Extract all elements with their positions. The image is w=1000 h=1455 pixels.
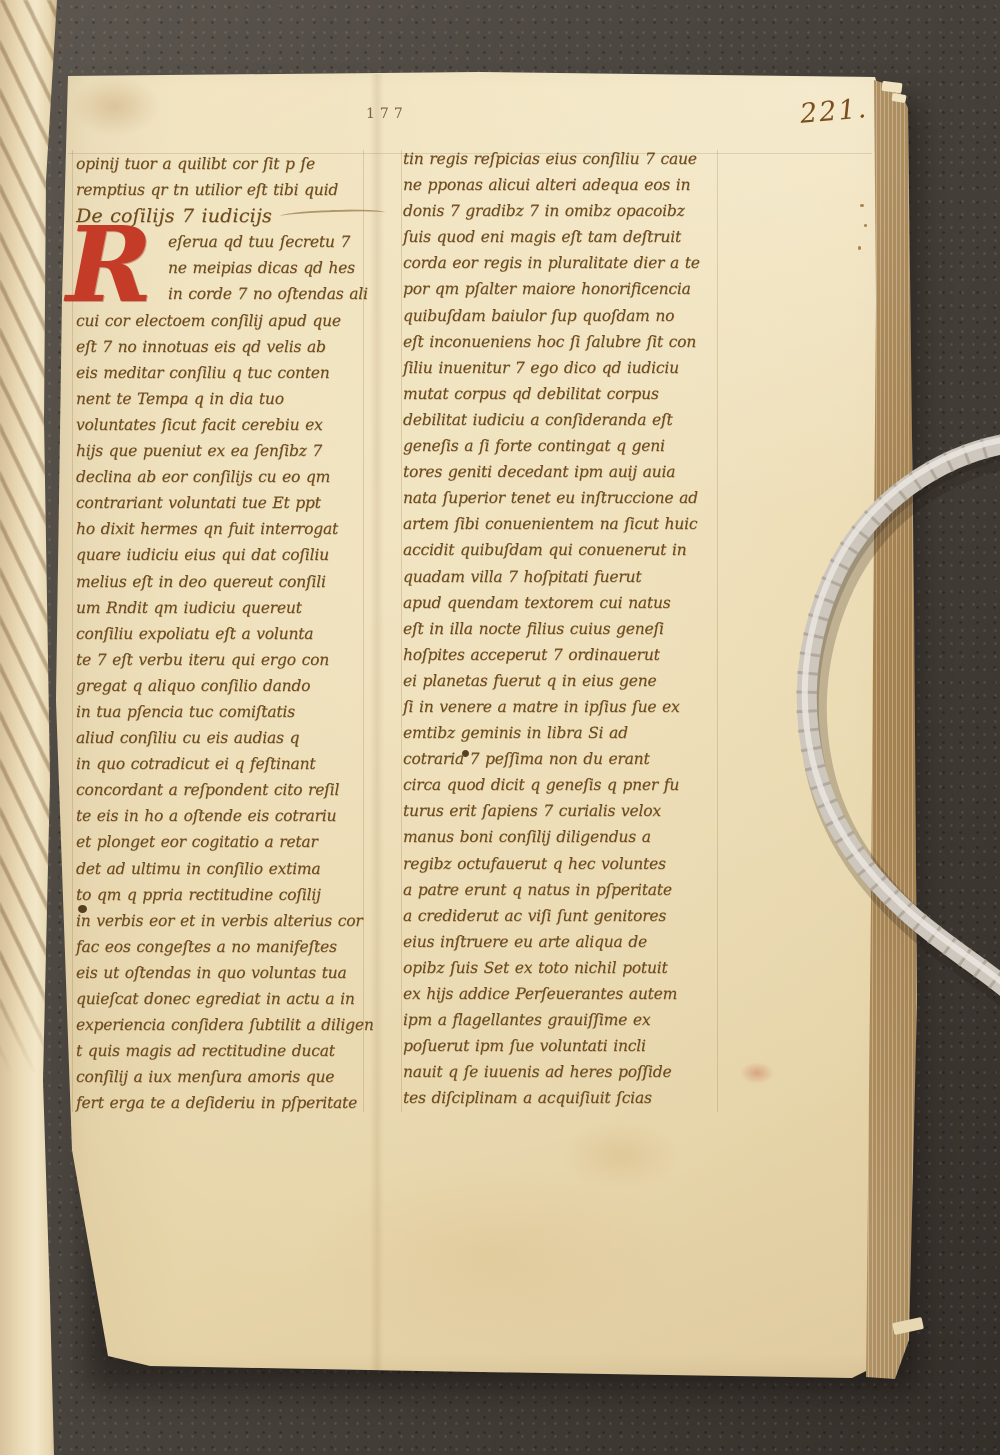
- manuscript-text-line: fert erga te a deſideriu in pſperitate: [76, 1090, 370, 1116]
- manuscript-text-line: in verbis eor et in verbis alterius cor: [76, 908, 370, 934]
- manuscript-text-line: te eis in ho a oſtende eis cotrariu: [76, 803, 370, 829]
- manuscript-text-line: nent te Tempa q in dia tuo: [76, 386, 370, 412]
- manuscript-text-line: turus erit ſapiens 7 curialis velox: [403, 798, 719, 824]
- manuscript-text-line: opinij tuor a quilibt cor ſit p ſe: [76, 151, 370, 177]
- stain: [560, 1120, 680, 1190]
- manuscript-text-line: conſilij a iux menſura amoris que: [76, 1064, 370, 1090]
- stain: [740, 1062, 774, 1084]
- manuscript-text-line: cotraria 7 peſſima non du erant: [403, 746, 719, 772]
- rubricated-initial: R: [66, 213, 152, 317]
- manuscript-text-line: regibz octufauerut q hec voluntes: [403, 851, 719, 877]
- manuscript-text-line: quieſcat donec egrediat in actu a in: [76, 986, 370, 1012]
- manuscript-text-line: artem ſibi conuenientem na ſicut huic: [403, 511, 719, 537]
- manuscript-text-line: quadam villa 7 hoſpitati fuerut: [403, 564, 719, 590]
- manuscript-text-line: por qm pſalter maiore honorificencia: [403, 276, 719, 302]
- manuscript-text-line: fac eos congeſtes a no manifeſtes: [76, 934, 370, 960]
- manuscript-text-line: melius eſt in deo quereut conſili: [76, 569, 370, 595]
- manuscript-text-line: te 7 eſt verbu iteru qui ergo con: [76, 647, 370, 673]
- manuscript-text-line: manus boni conſilij diligendus a: [403, 824, 719, 850]
- manuscript-text-line: ſuis quod eni magis eſt tam deſtruit: [403, 224, 719, 250]
- heading-flourish: [280, 208, 385, 221]
- facing-page-edge: [0, 0, 62, 1455]
- manuscript-text-line: det ad ultimu in conſilio extima: [76, 856, 370, 882]
- manuscript-text-line: hoſpites acceperut 7 ordinauerut: [403, 642, 719, 668]
- manuscript-text-line: geneſis a ſi forte contingat q geni: [403, 433, 719, 459]
- ink-speck: [860, 204, 864, 207]
- ink-speck: [858, 246, 861, 250]
- manuscript-text-line: a crediderut ac viſi ſunt genitores: [403, 903, 719, 929]
- manuscript-text-line: voluntates ſicut facit cerebiu ex: [76, 412, 370, 438]
- facing-page-text-showthrough: [0, 0, 62, 1075]
- manuscript-text-line: nata ſuperior tenet eu inſtruccione ad: [403, 485, 719, 511]
- manuscript-text-line: declina ab eor conſilijs cu eo qm: [76, 464, 370, 490]
- manuscript-text-line: remptius qr tn utilior eſt tibi quid: [76, 177, 370, 203]
- text-column-left: opinij tuor a quilibt cor ſit p ſerempti…: [76, 151, 370, 1116]
- manuscript-text-line: et plonget eor cogitatio a retar: [76, 829, 370, 855]
- manuscript-text-line: eſt 7 no innotuas eis qd velis ab: [76, 334, 370, 360]
- photo-background: 177 221. opinij tuor a quilibt cor ſit p…: [0, 0, 1000, 1455]
- intro-lines: opinij tuor a quilibt cor ſit p ſerempti…: [76, 151, 370, 203]
- manuscript-text-line: eſt in illa nocte filius cuius geneſi: [403, 616, 719, 642]
- manuscript-text-line: to qm q ppria rectitudine coſilij: [76, 882, 370, 908]
- stain: [70, 76, 160, 136]
- manuscript-page: 177 221. opinij tuor a quilibt cor ſit p…: [0, 0, 1000, 1455]
- manuscript-text-line: aliud conſiliu cu eis audias q: [76, 725, 370, 751]
- manuscript-text-line: quibuſdam baiulor ſup quoſdam no: [403, 303, 719, 329]
- manuscript-text-line: corda eor regis in pluralitate dier a te: [403, 250, 719, 276]
- manuscript-text-line: circa quod dicit q geneſis q pner fu: [403, 772, 719, 798]
- manuscript-text-line: a patre erunt q natus in pſperitate: [403, 877, 719, 903]
- ruling-line-vertical: [401, 150, 402, 1112]
- text-column-right: tin regis reſpicias eius conſiliu 7 caue…: [403, 146, 719, 1111]
- manuscript-text-line: tores geniti decedant ipm auij auia: [403, 459, 719, 485]
- manuscript-text-line: hijs que pueniut ex ea ſenſibz 7: [76, 438, 370, 464]
- body-lines: cui cor electoem conſilij apud queeſt 7 …: [76, 308, 370, 1117]
- manuscript-text-line: poſuerut ipm ſue voluntati incli: [403, 1033, 719, 1059]
- manuscript-text-line: donis 7 gradibz 7 in omibz opacoibz: [403, 198, 719, 224]
- manuscript-text-line: in quo cotradicut ei q feſtinant: [76, 751, 370, 777]
- manuscript-text-line: ipm a flagellantes grauiſſime ex: [403, 1007, 719, 1033]
- manuscript-text-line: gregat q aliquo conſilio dando: [76, 673, 370, 699]
- manuscript-text-line: t quis magis ad rectitudine ducat: [76, 1038, 370, 1064]
- manuscript-text-line: experiencia conſidera ſubtilit a diligen: [76, 1012, 370, 1038]
- manuscript-text-line: emtibz geminis in libra Si ad: [403, 720, 719, 746]
- manuscript-text-line: apud quendam textorem cui natus: [403, 590, 719, 616]
- ink-speck: [864, 224, 867, 227]
- manuscript-text-line: in tua pſencia tuc comiſtatis: [76, 699, 370, 725]
- manuscript-text-line: um Rndit qm iudiciu quereut: [76, 595, 370, 621]
- manuscript-text-line: eis ut oſtendas in quo voluntas tua: [76, 960, 370, 986]
- manuscript-text-line: eſt inconueniens hoc ſi ſalubre ſit con: [403, 329, 719, 355]
- manuscript-text-line: opibz ſuis Set ex toto nichil potuit: [403, 955, 719, 981]
- manuscript-text-line: contrariant voluntati tue Et ppt: [76, 490, 370, 516]
- manuscript-text-line: mutat corpus qd debilitat corpus: [403, 381, 719, 407]
- manuscript-text-line: eis meditar conſiliu q tuc conten: [76, 360, 370, 386]
- manuscript-text-line: debilitat iudiciu a conſideranda eſt: [403, 407, 719, 433]
- manuscript-text-line: ſi in venere a matre in ipſius ſue ex: [403, 694, 719, 720]
- manuscript-text-line: ex hijs addice Perſeuerantes autem: [403, 981, 719, 1007]
- page-number: 221.: [799, 93, 870, 130]
- body-lines: tin regis reſpicias eius conſiliu 7 caue…: [403, 146, 719, 1111]
- manuscript-text-line: concordant a reſpondent cito reſil: [76, 777, 370, 803]
- manuscript-text-line: nauit q ſe iuuenis ad heres poſſide: [403, 1059, 719, 1085]
- manuscript-text-line: quare iudiciu eius qui dat coſiliu: [76, 542, 370, 568]
- manuscript-text-line: tin regis reſpicias eius conſiliu 7 caue: [403, 146, 719, 172]
- manuscript-text-line: ne pponas alicui alteri adequa eos in: [403, 172, 719, 198]
- folio-stamp: 177: [366, 106, 408, 122]
- manuscript-text-line: ho dixit hermes qn fuit interrogat: [76, 516, 370, 542]
- manuscript-text-line: tes diſciplinam a acquiſiuit ſcias: [403, 1085, 719, 1111]
- manuscript-text-line: ſiliu inuenitur 7 ego dico qd iudiciu: [403, 355, 719, 381]
- manuscript-text-line: conſiliu expoliatu eſt a volunta: [76, 621, 370, 647]
- manuscript-text-line: ei planetas fuerut q in eius gene: [403, 668, 719, 694]
- chapter-paragraph: R eſerua qd tuu ſecretu 7ne meipias dica…: [76, 229, 370, 1116]
- manuscript-text-line: eius inſtruere eu arte aliqua de: [403, 929, 719, 955]
- manuscript-text-line: accidit quibuſdam qui conuenerut in: [403, 537, 719, 563]
